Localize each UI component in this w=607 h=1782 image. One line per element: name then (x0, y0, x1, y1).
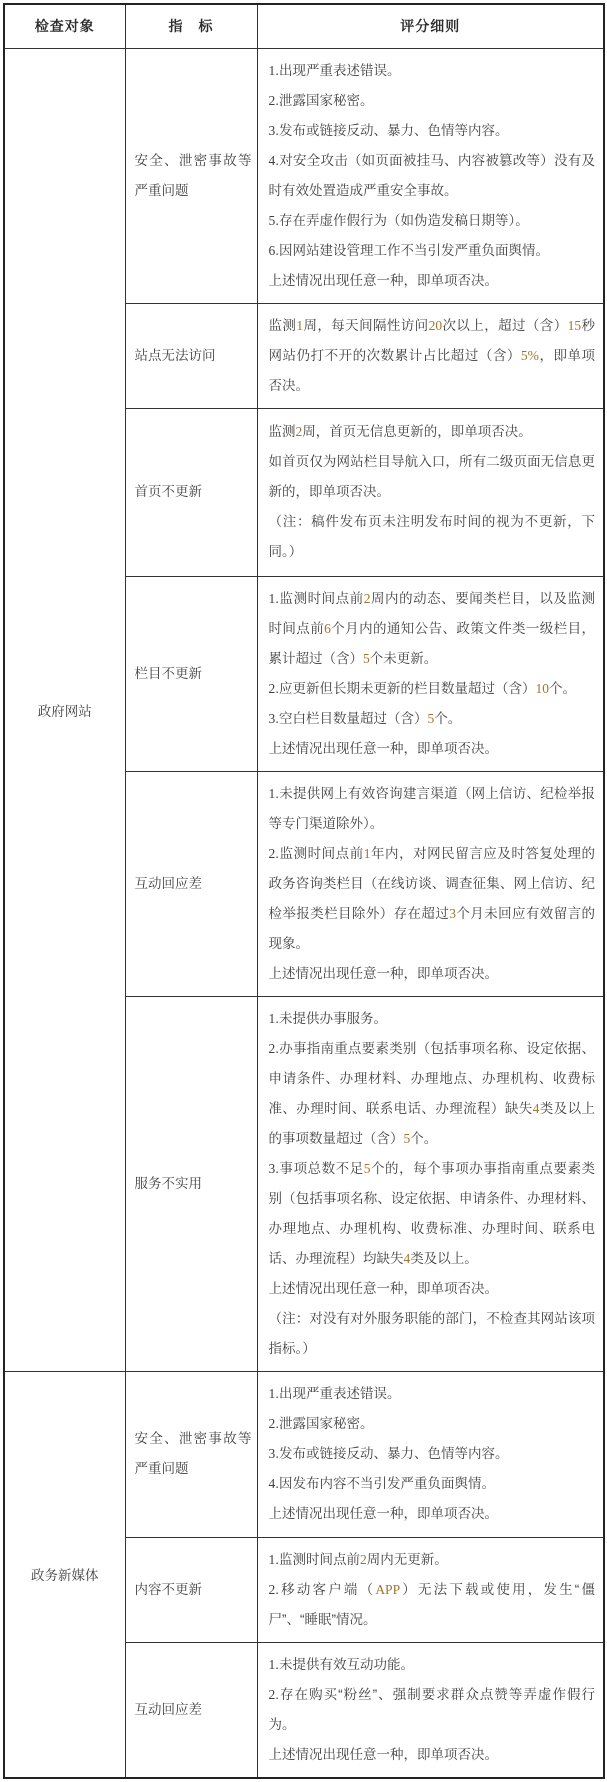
latin-text: 6 (324, 621, 331, 636)
rules-cell: 1.监测时间点前2周内无更新。 2.移动客户端（APP）无法下载或使用，发生“僵… (257, 1537, 604, 1642)
object-cell-government-new-media: 政务新媒体 (4, 1371, 125, 1778)
scoring-rubric-table: 检查对象 指 标 评分细则 政府网站 安全、泄密事故等严重问题 1.出现严重表述… (3, 3, 605, 1779)
latin-text: 1 (269, 63, 276, 78)
rule-line: 上述情况出现任意一种，即单项否决。 (269, 1274, 596, 1304)
latin-text: 4 (269, 1476, 276, 1491)
rule-line: 3.事项总数不足5个的，每个事项办事指南重点要素类别（包括事项名称、设定依据、申… (269, 1154, 596, 1274)
rules-cell: 1.未提供办事服务。 2.办事指南重点要素类别（包括事项名称、设定依据、申请条件… (257, 996, 604, 1371)
indicator-cell-homepage-not-updated: 首页不更新 (125, 408, 257, 576)
latin-text: 2 (269, 1041, 276, 1056)
table-row: 政务新媒体 安全、泄密事故等严重问题 1.出现严重表述错误。 2.泄露国家秘密。… (4, 1371, 604, 1537)
rule-line: 2.移动客户端（APP）无法下载或使用，发生“僵尸”、“睡眠”情况。 (269, 1575, 596, 1635)
rules-cell: 监测1周，每天间隔性访问20次以上，超过（含）15秒网站仍打不开的次数累计占比超… (257, 303, 604, 408)
col-header-indicator: 指 标 (125, 4, 257, 48)
latin-text: 2 (269, 681, 276, 696)
latin-text: 3 (269, 711, 276, 726)
indicator-cell-security-incidents: 安全、泄密事故等严重问题 (125, 48, 257, 303)
rule-line: 3.发布或链接反动、暴力、色情等内容。 (269, 1439, 596, 1469)
rule-line: 5.存在弄虚作假行为（如伪造发稿日期等）。 (269, 206, 596, 236)
indicator-cell-content-not-updated: 内容不更新 (125, 1537, 257, 1642)
rules-cell: 1.出现严重表述错误。 2.泄露国家秘密。 3.发布或链接反动、暴力、色情等内容… (257, 1371, 604, 1537)
latin-text: 2 (269, 846, 276, 861)
latin-text: 5 (404, 1131, 411, 1146)
latin-text: 2 (269, 1582, 276, 1597)
rule-line: 监测1周，每天间隔性访问20次以上，超过（含）15秒网站仍打不开的次数累计占比超… (269, 311, 596, 401)
latin-text: 5 (269, 213, 276, 228)
latin-text: 2 (269, 93, 276, 108)
document-page: 检查对象 指 标 评分细则 政府网站 安全、泄密事故等严重问题 1.出现严重表述… (0, 0, 607, 1782)
rule-line: 1.监测时间点前2周内的动态、要闻类栏目，以及监测时间点前6个月内的通知公告、政… (269, 584, 596, 674)
indicator-cell-poor-interaction-media: 互动回应差 (125, 1642, 257, 1778)
latin-text: 2 (269, 1416, 276, 1431)
latin-text: 1 (269, 1386, 276, 1401)
latin-text: 1 (269, 786, 276, 801)
rule-line: 上述情况出现任意一种，即单项否决。 (269, 1499, 596, 1529)
rules-cell: 1.出现严重表述错误。 2.泄露国家秘密。 3.发布或链接反动、暴力、色情等内容… (257, 48, 604, 303)
rule-line: 3.空白栏目数量超过（含）5个。 (269, 704, 596, 734)
latin-text: 2 (296, 424, 303, 439)
rule-line: 2.泄露国家秘密。 (269, 1409, 596, 1439)
latin-text: 4 (533, 1101, 540, 1116)
rule-line: 2.泄露国家秘密。 (269, 86, 596, 116)
table-row: 政府网站 安全、泄密事故等严重问题 1.出现严重表述错误。 2.泄露国家秘密。 … (4, 48, 604, 303)
rule-line: 1.出现严重表述错误。 (269, 1379, 596, 1409)
rules-cell: 1.未提供有效互动功能。 2.存在购买“粉丝”、强制要求群众点赞等弄虚作假行为。… (257, 1642, 604, 1778)
latin-text: 6 (269, 243, 276, 258)
latin-text: 3 (269, 1446, 276, 1461)
table-header-row: 检查对象 指 标 评分细则 (4, 4, 604, 48)
indicator-cell-poor-interaction: 互动回应差 (125, 771, 257, 996)
indicator-cell-impractical-services: 服务不实用 (125, 996, 257, 1371)
latin-text: 5% (521, 348, 539, 363)
rule-line: 1.未提供有效互动功能。 (269, 1650, 596, 1680)
latin-text: 2 (364, 591, 371, 606)
latin-text: 1 (269, 591, 276, 606)
latin-text: 1 (296, 318, 303, 333)
latin-text: 15 (568, 318, 582, 333)
rule-line: 上述情况出现任意一种，即单项否决。 (269, 959, 596, 989)
col-header-inspection-object: 检查对象 (4, 4, 125, 48)
latin-text: 2 (360, 1552, 367, 1567)
rule-line: 2.监测时间点前1年内，对网民留言应及时答复处理的政务咨询类栏目（在线访谈、调查… (269, 839, 596, 959)
latin-text: 20 (429, 318, 443, 333)
rule-line: 2.存在购买“粉丝”、强制要求群众点赞等弄虚作假行为。 (269, 1680, 596, 1740)
rule-line: （注：稿件发布页未注明发布时间的视为不更新，下同。） (269, 507, 596, 567)
rule-line: 1.未提供网上有效咨询建言渠道（网上信访、纪检举报等专门渠道除外）。 (269, 779, 596, 839)
rule-line: 6.因网站建设管理工作不当引发严重负面舆情。 (269, 236, 596, 266)
latin-text: 3 (449, 906, 456, 921)
object-cell-government-website: 政府网站 (4, 48, 125, 1371)
latin-text: 1 (269, 1657, 276, 1672)
latin-text: 1 (269, 1011, 276, 1026)
latin-text: 5 (363, 651, 370, 666)
rule-line: 1.监测时间点前2周内无更新。 (269, 1545, 596, 1575)
col-header-scoring-rules: 评分细则 (257, 4, 604, 48)
latin-text: 10 (536, 681, 550, 696)
latin-text: 5 (428, 711, 435, 726)
indicator-cell-security-incidents-media: 安全、泄密事故等严重问题 (125, 1371, 257, 1537)
rule-line: 3.发布或链接反动、暴力、色情等内容。 (269, 116, 596, 146)
rule-line: 1.未提供办事服务。 (269, 1004, 596, 1034)
latin-text: 1 (364, 846, 371, 861)
rule-line: 4.因发布内容不当引发严重负面舆情。 (269, 1469, 596, 1499)
latin-text: 2 (269, 1687, 276, 1702)
latin-text: 3 (269, 123, 276, 138)
rule-line: 上述情况出现任意一种，即单项否决。 (269, 266, 596, 296)
rules-cell: 1.未提供网上有效咨询建言渠道（网上信访、纪检举报等专门渠道除外）。 2.监测时… (257, 771, 604, 996)
latin-text: 4 (404, 1251, 411, 1266)
rule-line: 监测2周，首页无信息更新的，即单项否决。 (269, 417, 596, 447)
latin-text: 5 (364, 1161, 371, 1176)
rule-line: 4.对安全攻击（如页面被挂马、内容被篡改等）没有及时有效处置造成严重安全事故。 (269, 146, 596, 206)
rule-line: 如首页仅为网站栏目导航入口，所有二级页面无信息更新的，即单项否决。 (269, 447, 596, 507)
rules-cell: 1.监测时间点前2周内的动态、要闻类栏目，以及监测时间点前6个月内的通知公告、政… (257, 576, 604, 771)
latin-text: 3 (269, 1161, 276, 1176)
rule-line: 上述情况出现任意一种，即单项否决。 (269, 1740, 596, 1770)
latin-text: 1 (269, 1552, 276, 1567)
latin-text: APP (375, 1582, 400, 1597)
rule-line: 2.应更新但长期未更新的栏目数量超过（含）10个。 (269, 674, 596, 704)
latin-text: 4 (269, 153, 276, 168)
rule-line: （注：对没有对外服务职能的部门，不检查其网站该项指标。） (269, 1304, 596, 1364)
rule-line: 2.办事指南重点要素类别（包括事项名称、设定依据、申请条件、办理材料、办理地点、… (269, 1034, 596, 1154)
rule-line: 1.出现严重表述错误。 (269, 56, 596, 86)
indicator-cell-site-inaccessible: 站点无法访问 (125, 303, 257, 408)
indicator-cell-columns-not-updated: 栏目不更新 (125, 576, 257, 771)
rule-line: 上述情况出现任意一种，即单项否决。 (269, 734, 596, 764)
rules-cell: 监测2周，首页无信息更新的，即单项否决。 如首页仅为网站栏目导航入口，所有二级页… (257, 408, 604, 576)
